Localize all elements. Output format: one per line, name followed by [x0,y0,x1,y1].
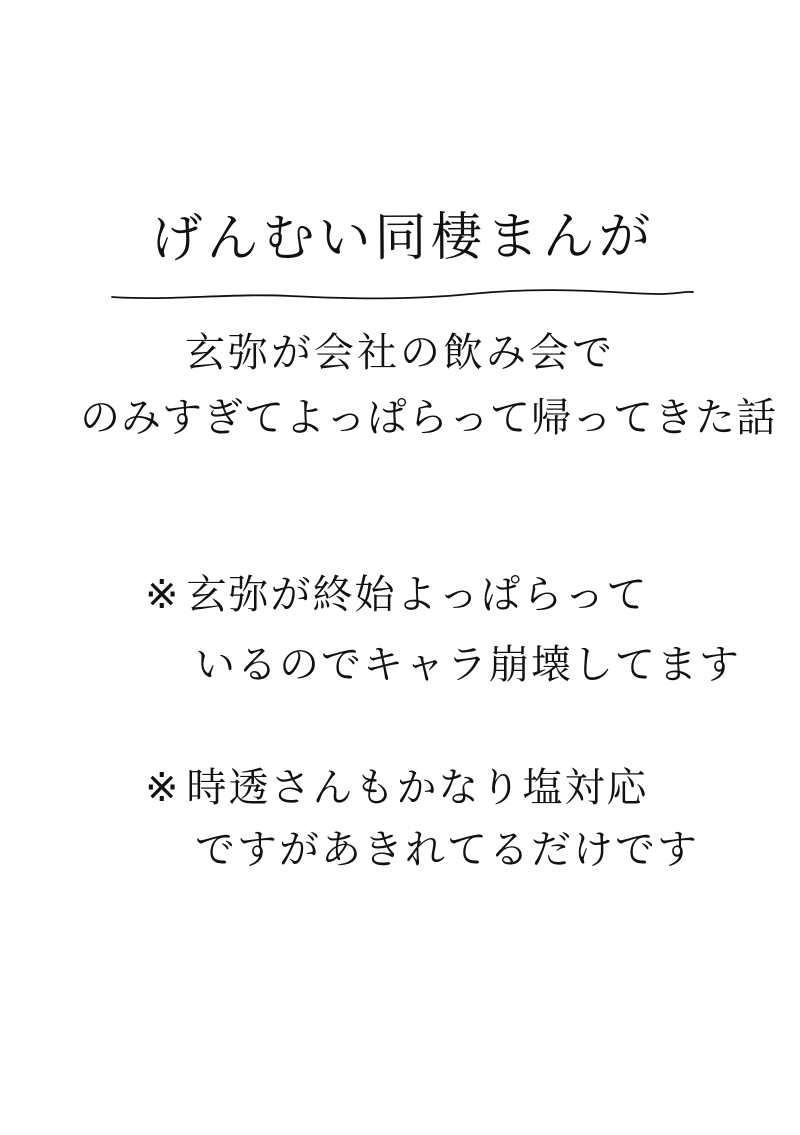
note-1-line-2: いるのでキャラ崩壊してます [195,645,741,685]
note-1: ※玄弥が終始よっぱらって [145,575,649,615]
note-1-line-1: 玄弥が終始よっぱらって [187,572,649,618]
reference-mark-icon: ※ [145,575,181,615]
subtitle-line-2: のみすぎてよっぱらって帰ってきた話 [80,398,720,438]
subtitle-line-1: 玄弥が会社の飲み会で [130,333,670,373]
page-title: げんむい同棲まんが [115,210,690,265]
manga-title-page: げんむい同棲まんが 玄弥が会社の飲み会で のみすぎてよっぱらって帰ってきた話 ※… [0,0,800,1135]
reference-mark-icon: ※ [145,768,181,808]
note-2-line-2: ですがあきれてるだけです [195,830,699,870]
note-2-line-1: 時透さんもかなり塩対応 [187,765,649,811]
note-2: ※時透さんもかなり塩対応 [145,768,649,808]
wavy-underline [110,285,695,305]
